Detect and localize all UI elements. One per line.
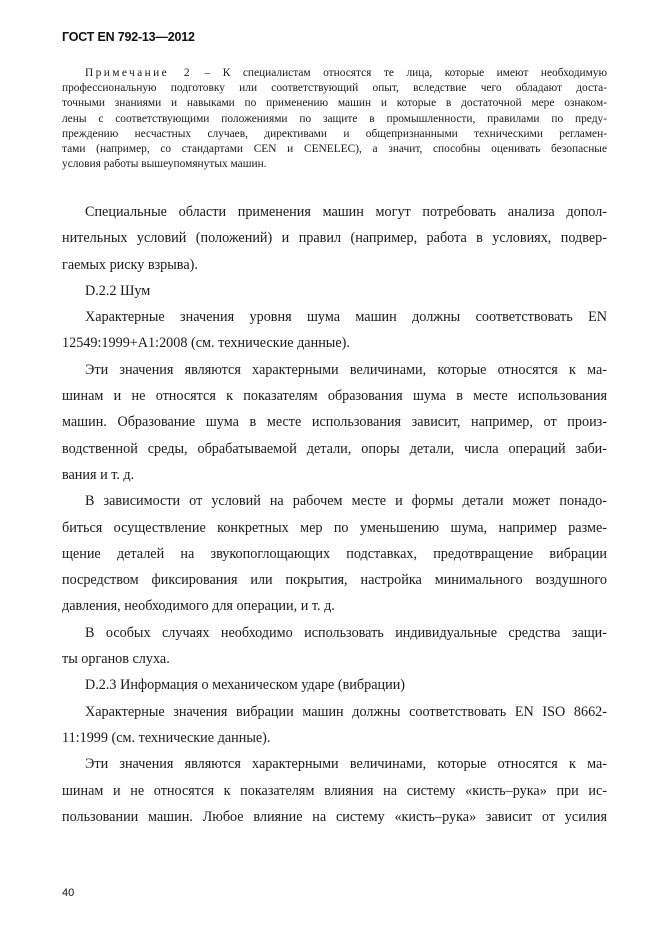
note-line: преждению несчастных случаев, директивам… bbox=[62, 127, 607, 142]
paragraph-line: ты органов слуха. bbox=[62, 646, 607, 672]
paragraph-line: Эти значения являются характерными велич… bbox=[62, 751, 607, 777]
paragraph-line: водственной среды, обрабатываемой детали… bbox=[62, 436, 607, 462]
paragraph-line: шинам и не относятся к показателям образ… bbox=[62, 383, 607, 409]
paragraph-line: В зависимости от условий на рабочем мест… bbox=[62, 488, 607, 514]
paragraph-line: давления, необходимого для операции, и т… bbox=[62, 593, 607, 619]
page-number: 40 bbox=[62, 887, 74, 899]
paragraph-line: посредством фиксирования или покрытия, н… bbox=[62, 567, 607, 593]
paragraph-line: гаемых риску взрыва). bbox=[62, 252, 607, 278]
paragraph-line: 11:1999 (см. технические данные). bbox=[62, 725, 607, 751]
note-block: Примечание 2 – К специалистам относятся … bbox=[62, 66, 607, 172]
body-text: Специальные области применения машин мог… bbox=[62, 199, 607, 830]
note-line: точными знаниями и навыками по применени… bbox=[62, 96, 607, 111]
paragraph-line: вания и т. д. bbox=[62, 462, 607, 488]
paragraph-line: Специальные области применения машин мог… bbox=[62, 199, 607, 225]
paragraph-line: биться осуществление конкретных мер по у… bbox=[62, 515, 607, 541]
note-line: тами (например, со стандартами CEN и CEN… bbox=[62, 142, 607, 157]
paragraph-line: шинам и не относятся к показателям влиян… bbox=[62, 778, 607, 804]
paragraph-line: машин. Образование шума в месте использо… bbox=[62, 409, 607, 435]
note-line: лены с соответствующими положениями по з… bbox=[62, 112, 607, 127]
note-line: условия работы вышеупомянутых машин. bbox=[62, 157, 607, 172]
note-line: профессиональную подготовку или соответс… bbox=[62, 81, 607, 96]
paragraph-line: нительных условий (положений) и правил (… bbox=[62, 225, 607, 251]
note-line: Примечание 2 – К специалистам относятся … bbox=[62, 66, 607, 81]
paragraph-line: Эти значения являются характерными велич… bbox=[62, 357, 607, 383]
section-heading-noise: D.2.2 Шум bbox=[62, 278, 607, 304]
section-heading-vibration: D.2.3 Информация о механическом ударе (в… bbox=[62, 672, 607, 698]
paragraph-line: пользовании машин. Любое влияние на сист… bbox=[62, 804, 607, 830]
document-page: ГОСТ EN 792-13—2012 Примечание 2 – К спе… bbox=[0, 0, 661, 935]
document-header: ГОСТ EN 792-13—2012 bbox=[62, 30, 195, 44]
paragraph-line: щение деталей на звукопоглощающих подста… bbox=[62, 541, 607, 567]
paragraph-line: В особых случаях необходимо использовать… bbox=[62, 620, 607, 646]
paragraph-line: Характерные значения вибрации машин долж… bbox=[62, 699, 607, 725]
note-label: Примечание 2 bbox=[85, 67, 192, 79]
paragraph-line: 12549:1999+A1:2008 (см. технические данн… bbox=[62, 330, 607, 356]
paragraph-line: Характерные значения уровня шума машин д… bbox=[62, 304, 607, 330]
